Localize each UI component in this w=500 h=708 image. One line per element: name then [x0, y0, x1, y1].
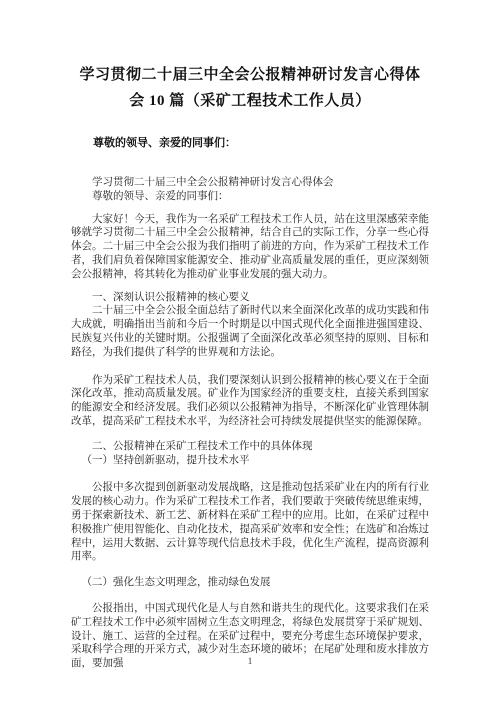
salutation-bold: 尊敬的领导、亲爱的同事们： — [71, 136, 429, 150]
paragraph-section1-a: 二十届三中全会公报全面总结了新时代以来全面深化改革的成功实践和伟大成就，明确指出… — [71, 304, 429, 359]
document-page: 学习贯彻二十届三中全会公报精神研讨发言心得体 会 10 篇（采矿工程技术工作人员… — [0, 0, 500, 708]
section-heading-2: 二、公报精神在采矿工程技术工作中的具体体现 — [71, 440, 429, 454]
paragraph-intro: 大家好！今天，我作为一名采矿工程技术工作人员，站在这里深感荣幸能够就学习贯彻二十… — [71, 213, 429, 282]
document-content: 学习贯彻二十届三中全会公报精神研讨发言心得体 会 10 篇（采矿工程技术工作人员… — [0, 0, 500, 671]
page-number: 1 — [0, 656, 500, 666]
document-title-line-1: 学习贯彻二十届三中全会公报精神研讨发言心得体 — [71, 62, 429, 88]
paragraph-section2-1: 公报中多次提到创新驱动发展战略，这是推动包括采矿业在内的所有行业发展的核心动力。… — [71, 481, 429, 564]
paragraph-section1-b: 作为采矿工程技术人员，我们要深刻认识到公报精神的核心要义在于全面深化改革，推动高… — [71, 374, 429, 429]
subsection-heading-2-1: （一）坚持创新驱动，提升技术水平 — [71, 454, 429, 468]
inner-title-line: 学习贯彻二十届三中全会公报精神研讨发言心得体会 — [71, 176, 429, 190]
section-heading-1: 一、深刻认识公报精神的核心要义 — [71, 291, 429, 305]
document-title-line-2: 会 10 篇（采矿工程技术工作人员） — [71, 88, 429, 114]
document-title: 学习贯彻二十届三中全会公报精神研讨发言心得体 会 10 篇（采矿工程技术工作人员… — [71, 62, 429, 114]
inner-salutation-line: 尊敬的领导、亲爱的同事们： — [71, 190, 429, 204]
subsection-heading-2-2: （二）强化生态文明理念，推动绿色发展 — [71, 576, 429, 590]
